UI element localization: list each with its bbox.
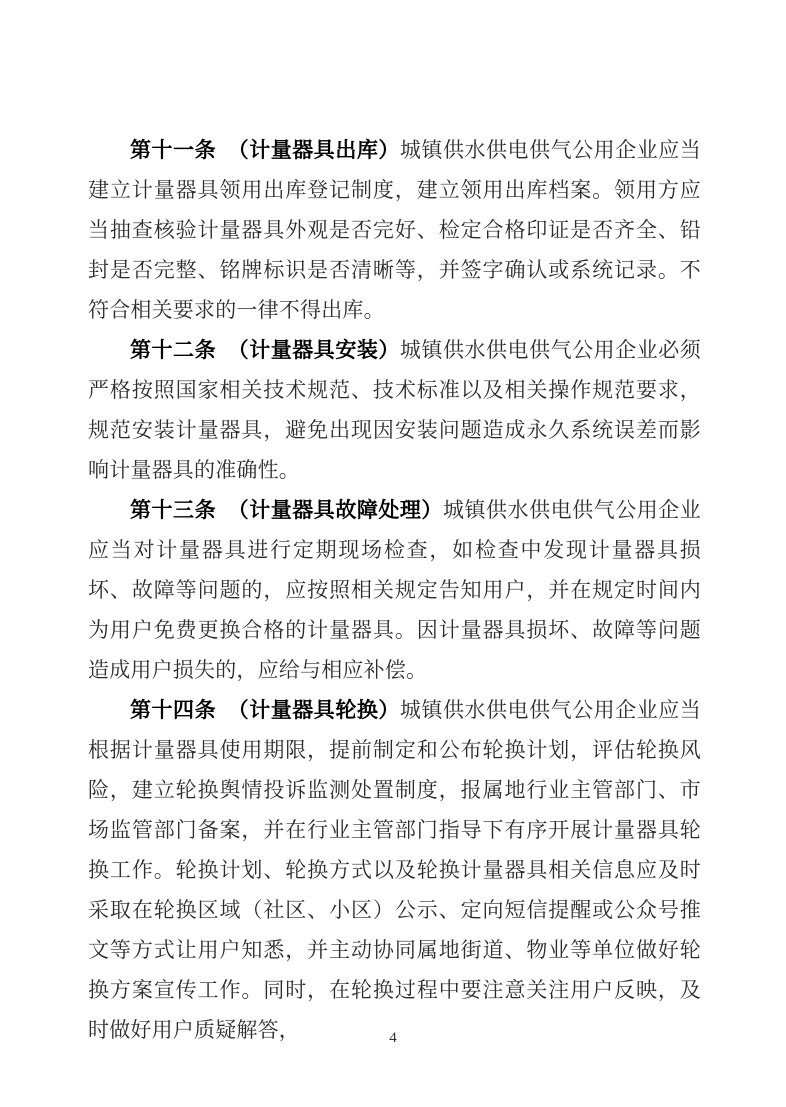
article-number: 第十四条 [130,698,216,722]
page-number: 4 [389,1030,397,1046]
article-number: 第十三条 [130,498,216,522]
article-number: 第十二条 [130,338,216,362]
article-body: 城镇供水供电供气公用企业应当对计量器具进行定期现场检查，如检查中发现计量器具损坏… [88,498,701,682]
article-paragraph-14: 第十四条（计量器具轮换）城镇供水供电供气公用企业应当根据计量器具使用期限，提前制… [88,690,701,1050]
article-body: 城镇供水供电供气公用企业应当建立计量器具领用出库登记制度，建立领用出库档案。领用… [88,138,701,322]
article-title: （计量器具出库） [228,138,400,162]
document-page: 第十一条（计量器具出库）城镇供水供电供气公用企业应当建立计量器具领用出库登记制度… [0,0,786,1107]
page-footer: 4 [0,1028,786,1048]
article-title: （计量器具故障处理） [228,498,443,522]
article-paragraph-12: 第十二条（计量器具安装）城镇供水供电供气公用企业必须严格按照国家相关技术规范、技… [88,330,701,490]
document-content: 第十一条（计量器具出库）城镇供水供电供气公用企业应当建立计量器具领用出库登记制度… [88,130,701,1050]
article-title: （计量器具轮换） [228,698,400,722]
article-paragraph-13: 第十三条（计量器具故障处理）城镇供水供电供气公用企业应当对计量器具进行定期现场检… [88,490,701,690]
article-body: 城镇供水供电供气公用企业应当根据计量器具使用期限，提前制定和公布轮换计划，评估轮… [88,698,701,1042]
article-number: 第十一条 [130,138,216,162]
article-paragraph-11: 第十一条（计量器具出库）城镇供水供电供气公用企业应当建立计量器具领用出库登记制度… [88,130,701,330]
article-title: （计量器具安装） [228,338,400,362]
